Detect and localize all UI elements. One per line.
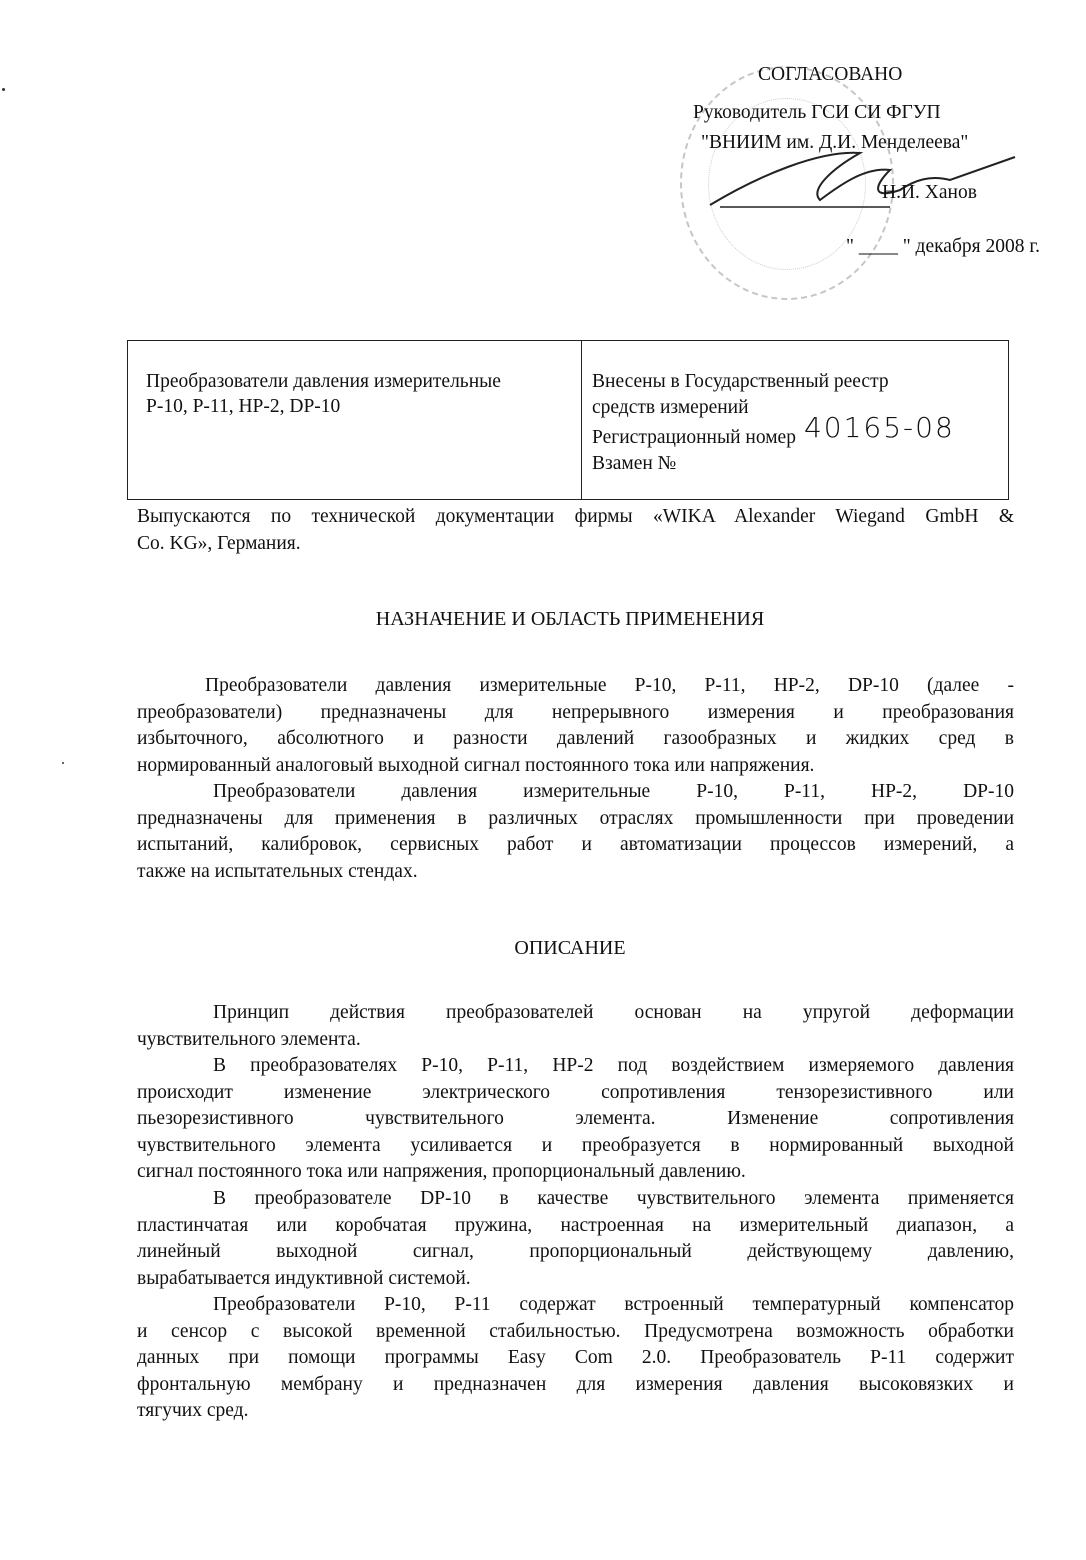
text-line: Преобразователи P-10, P-11 содержат встр… <box>137 1292 1014 1319</box>
text-line: происходит изменение электрического сопр… <box>137 1080 1014 1107</box>
register-table: Преобразователи давления измерительные P… <box>127 340 1009 500</box>
description-paragraph-3: В преобразователе DP-10 в качестве чувст… <box>137 1186 1014 1292</box>
text-line: вырабатывается индуктивной системой. <box>137 1266 1014 1293</box>
text-line: также на испытательных стендах. <box>137 859 1014 886</box>
registry-cell: Внесены в Государственный реестр средств… <box>582 341 1008 499</box>
text-line: фронтальную мембрану и предназначен для … <box>137 1372 1014 1399</box>
text-line: преобразователи) предназначены для непре… <box>137 700 1014 727</box>
text-line: нормированный аналоговый выходной сигнал… <box>137 753 1014 780</box>
product-name: Преобразователи давления измерительные <box>146 369 581 394</box>
text-line: В преобразователе DP-10 в качестве чувст… <box>137 1186 1014 1213</box>
text-line: Принцип действия преобразователей основа… <box>137 1000 1014 1027</box>
description-paragraph-4: Преобразователи P-10, P-11 содержат встр… <box>137 1292 1014 1425</box>
registration-number-row: Регистрационный номер40165-08 <box>592 421 1008 451</box>
text-line: чувствительного элемента усиливается и п… <box>137 1133 1014 1160</box>
scan-speck <box>2 88 5 91</box>
text-line: Преобразователи давления измерительные P… <box>137 673 1014 700</box>
text-line: Co. KG», Германия. <box>137 530 1014 557</box>
text-line: предназначены для применения в различных… <box>137 806 1014 833</box>
description-paragraph-1: Принцип действия преобразователей основа… <box>137 1000 1014 1053</box>
registration-number-label: Регистрационный номер <box>592 427 796 448</box>
text-line: сигнал постоянного тока или напряжения, … <box>137 1159 1014 1186</box>
approval-signatory: Н.И. Ханов <box>882 180 977 206</box>
approval-date: " ____ " декабря 2008 г. <box>846 234 1040 260</box>
text-line: тягучих сред. <box>137 1398 1014 1425</box>
purpose-paragraph-1: Преобразователи давления измерительные P… <box>137 673 1014 779</box>
approval-organization: "ВНИИМ им. Д.И. Менделеева" <box>701 130 968 156</box>
text-line: линейный выходной сигнал, пропорциональн… <box>137 1239 1014 1266</box>
product-models: P-10, P-11, HP-2, DP-10 <box>146 394 581 419</box>
issued-by-paragraph: Выпускаются по технической документации … <box>137 503 1014 557</box>
text-line: пьезорезистивного чувствительного элемен… <box>137 1106 1014 1133</box>
product-name-cell: Преобразователи давления измерительные P… <box>128 341 582 499</box>
text-line: Выпускаются по технической документации … <box>137 503 1014 530</box>
purpose-paragraph-2: Преобразователи давления измерительные P… <box>137 779 1014 885</box>
section-heading-description: ОПИСАНИЕ <box>0 937 1086 960</box>
approval-position: Руководитель ГСИ СИ ФГУП <box>693 100 941 126</box>
text-line: чувствительного элемента. <box>137 1027 1014 1054</box>
text-line: данных при помощи программы Easy Com 2.0… <box>137 1345 1014 1372</box>
approval-title: СОГЛАСОВАНО <box>758 62 902 88</box>
text-line: пластинчатая или коробчатая пружина, нас… <box>137 1213 1014 1240</box>
text-line: избыточного, абсолютного и разности давл… <box>137 726 1014 753</box>
text-line: В преобразователях P-10, P-11, HP-2 под … <box>137 1053 1014 1080</box>
scan-speck <box>62 762 64 764</box>
section-heading-purpose: НАЗНАЧЕНИЕ И ОБЛАСТЬ ПРИМЕНЕНИЯ <box>0 608 1086 631</box>
registration-number-value: 40165-08 <box>804 411 955 444</box>
text-line: испытаний, калибровок, сервисных работ и… <box>137 832 1014 859</box>
registry-entry: Внесены в Государственный реестр <box>592 369 1008 395</box>
description-paragraph-2: В преобразователях P-10, P-11, HP-2 под … <box>137 1053 1014 1186</box>
replaces-number: Взамен № <box>592 451 1008 477</box>
text-line: Преобразователи давления измерительные P… <box>137 779 1014 806</box>
text-line: и сенсор с высокой временной стабильност… <box>137 1319 1014 1346</box>
